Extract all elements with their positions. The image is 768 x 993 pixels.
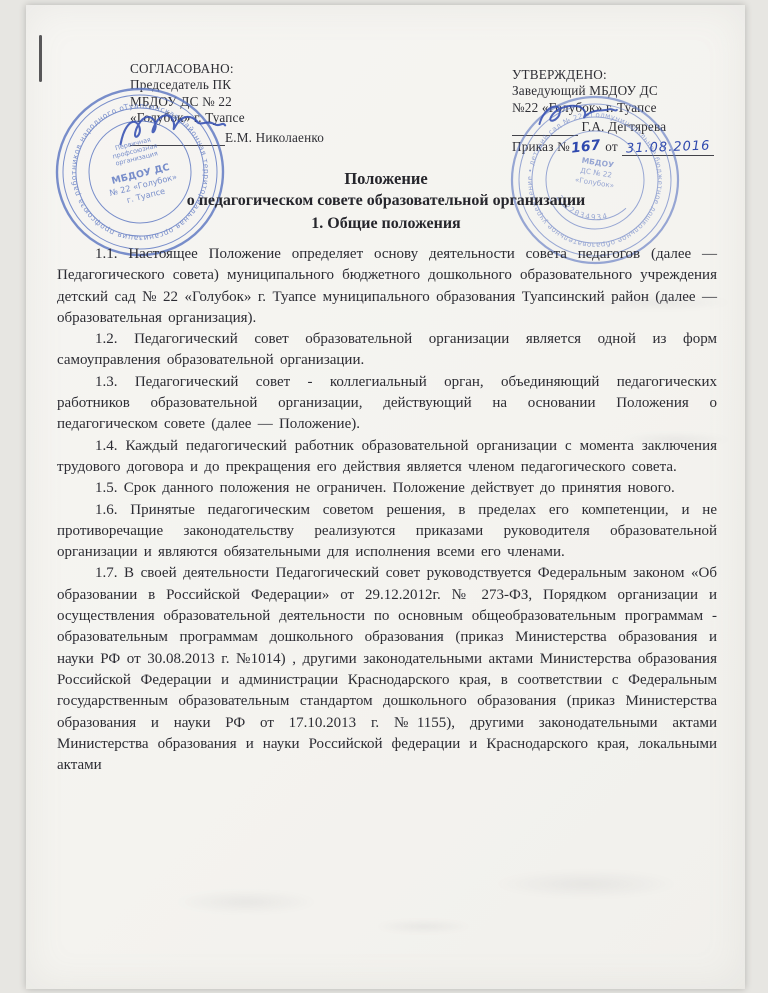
scanned-document: { "approval_left": { "title": "СОГЛАСОВА… [0,0,768,993]
approver-org-2: «Голубок» г. Туапсе [130,110,324,126]
bleed-through-smudge [176,890,316,914]
approval-block-left: СОГЛАСОВАНО: Председатель ПК МБДОУ ДС № … [130,61,324,146]
order-row: Приказ №167 от31.08.2016 [512,139,714,156]
signature-row-left: Е.М. Николаенко [130,130,324,146]
bleed-through-smudge [496,870,676,898]
head-role: Заведующий МБДОУ ДС [512,83,714,99]
paragraph-1-4: 1.4. Каждый педагогический работник обра… [57,436,717,479]
order-date-line: 31.08.2016 [622,139,714,156]
section-heading: 1. Общие положения [56,213,716,235]
approval-block-right: УТВЕРЖДЕНО: Заведующий МБДОУ ДС №22 «Гол… [512,67,714,156]
title-line-1: Положение [56,168,716,190]
bleed-through-smudge [376,920,471,933]
seal-center-small-3: организация [115,149,159,167]
scan-artifact-line [39,35,42,82]
document-page: СОГЛАСОВАНО: Председатель ПК МБДОУ ДС № … [26,5,745,989]
order-prefix: Приказ № [512,139,570,154]
order-number-handwritten: 167 [570,137,602,157]
signature-row-right: Г.А. Дегтярева [512,119,714,135]
signatory-name: Е.М. Николаенко [225,130,324,145]
signatory-name: Г.А. Дегтярева [582,119,667,134]
approver-org-1: МБДОУ ДС № 22 [130,94,324,110]
signature-line [512,122,578,136]
order-date-handwritten: 31.08.2016 [625,138,710,157]
head-org: №22 «Голубок» г. Туапсе [512,100,714,116]
paragraph-1-7: 1.7. В своей деятельности Педагогический… [57,563,717,776]
paragraph-1-3: 1.3. Педагогический совет - коллегиальны… [57,372,717,436]
signature-line [130,132,225,146]
title-line-2: о педагогическом совете образовательной … [56,190,716,212]
document-body: 1.1. Настоящее Положение определяет осно… [57,244,717,776]
approver-role: Председатель ПК [130,77,324,93]
paragraph-1-2: 1.2. Педагогический совет образовательно… [57,329,717,372]
paragraph-1-5: 1.5. Срок данного положения не ограничен… [57,478,717,499]
order-of: от [605,139,618,154]
paragraph-1-6: 1.6. Принятые педагогическим советом реш… [57,500,717,564]
document-title-block: Положение о педагогическом совете образо… [56,168,716,235]
paragraph-1-1: 1.1. Настоящее Положение определяет осно… [57,244,717,329]
agreed-label: СОГЛАСОВАНО: [130,61,324,77]
approved-label: УТВЕРЖДЕНО: [512,67,714,83]
